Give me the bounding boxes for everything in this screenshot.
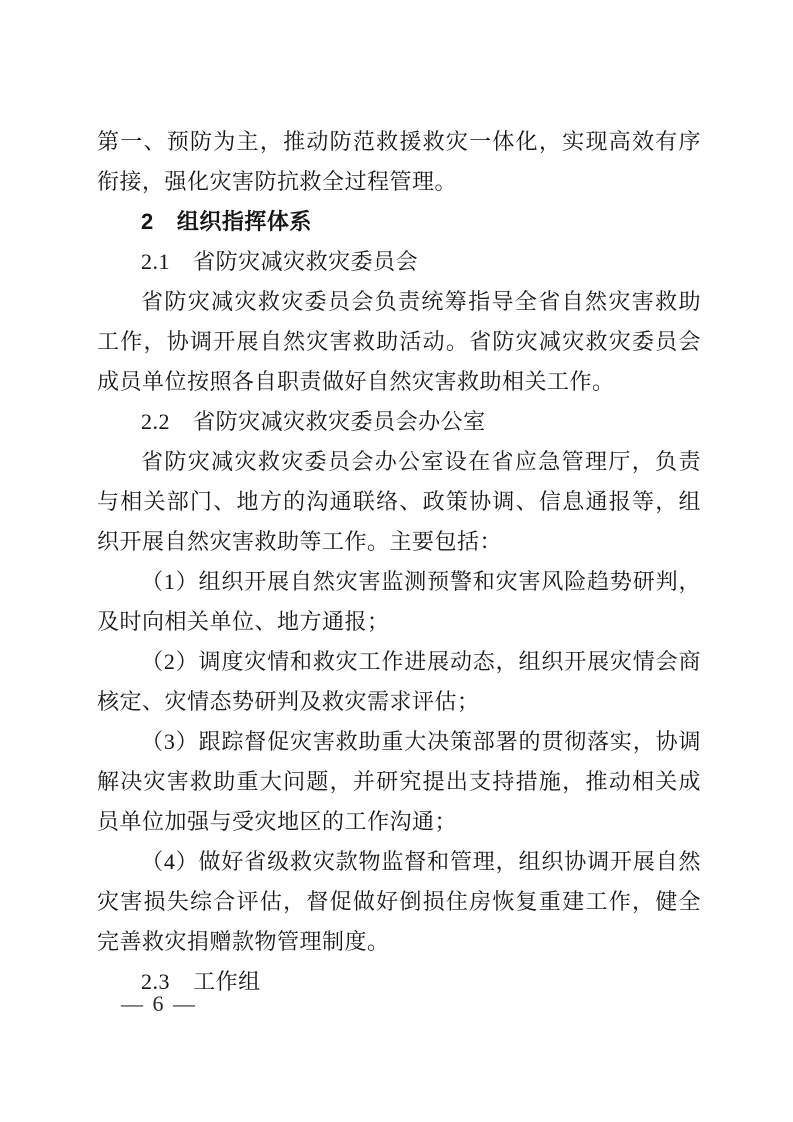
section-number: 2 bbox=[141, 202, 154, 242]
subsection-number: 2.1 bbox=[141, 242, 170, 282]
paragraph: 省防灾减灾救灾委员会负责统筹指导全省自然灾害救助工作，协调开展自然灾害救助活动。… bbox=[97, 282, 701, 402]
document-content: 第一、预防为主，推动防范救援救灾一体化，实现高效有序衔接，强化灾害防抗救全过程管… bbox=[97, 122, 701, 1002]
section-heading-2: 2组织指挥体系 bbox=[97, 202, 701, 242]
subsection-heading-2-2: 2.2省防灾减灾救灾委员会办公室 bbox=[97, 402, 701, 442]
paragraph: 省防灾减灾救灾委员会办公室设在省应急管理厅，负责与相关部门、地方的沟通联络、政策… bbox=[97, 442, 701, 562]
list-item-3: （3）跟踪督促灾害救助重大决策部署的贯彻落实，协调解决灾害救助重大问题，并研究提… bbox=[97, 722, 701, 842]
subsection-title: 省防灾减灾救灾委员会 bbox=[193, 249, 418, 274]
document-page: 第一、预防为主，推动防范救援救灾一体化，实现高效有序衔接，强化灾害防抗救全过程管… bbox=[0, 0, 793, 1122]
page-number: — 6 — bbox=[121, 990, 197, 1018]
subsection-number: 2.2 bbox=[141, 402, 170, 442]
list-item-1: （1）组织开展自然灾害监测预警和灾害风险趋势研判，及时向相关单位、地方通报； bbox=[97, 562, 701, 642]
paragraph-continuation: 第一、预防为主，推动防范救援救灾一体化，实现高效有序衔接，强化灾害防抗救全过程管… bbox=[97, 122, 701, 202]
subsection-title: 省防灾减灾救灾委员会办公室 bbox=[193, 409, 486, 434]
list-item-2: （2）调度灾情和救灾工作进展动态，组织开展灾情会商核定、灾情态势研判及救灾需求评… bbox=[97, 642, 701, 722]
section-title: 组织指挥体系 bbox=[177, 209, 312, 234]
subsection-title: 工作组 bbox=[193, 969, 261, 994]
list-item-4: （4）做好省级救灾款物监督和管理，组织协调开展自然灾害损失综合评估，督促做好倒损… bbox=[97, 842, 701, 962]
subsection-heading-2-1: 2.1省防灾减灾救灾委员会 bbox=[97, 242, 701, 282]
